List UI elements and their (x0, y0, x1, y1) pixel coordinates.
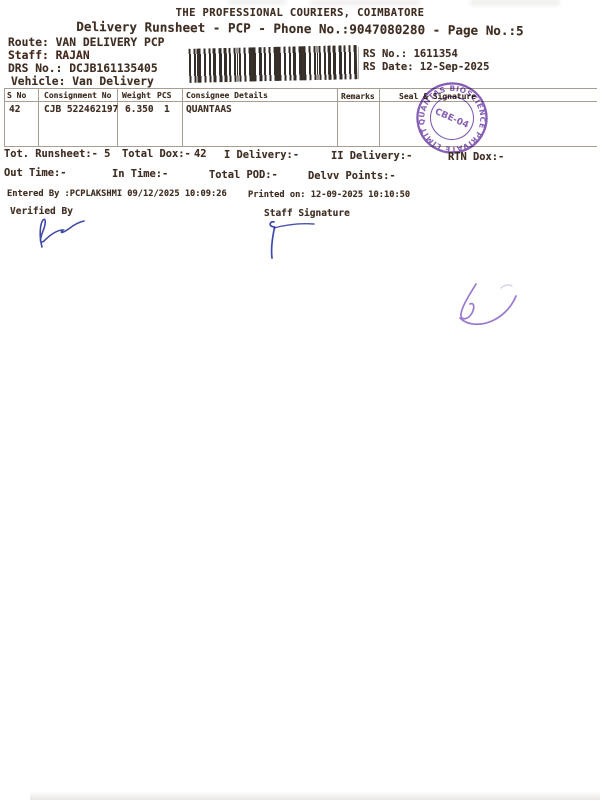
table-border-header (4, 101, 597, 102)
table-border-bottom (4, 146, 597, 147)
out-time: Out Time:- (4, 167, 67, 179)
table-column-line (117, 88, 118, 146)
stamp-center-text: CBE-04 (433, 107, 470, 131)
scan-artifact (310, 0, 420, 5)
total-runsheet: Tot. Runsheet:- 5 (4, 148, 110, 160)
total-dox-label: Total Dox:- (122, 148, 191, 160)
page-title: THE PROFESSIONAL COURIERS, COIMBATORE (0, 7, 600, 19)
verified-by-signature (30, 214, 90, 254)
vehicle-field: Vehicle: Van Delivery (11, 75, 154, 88)
staff-field: Staff: RAJAN (8, 49, 90, 62)
route-field: Route: VAN DELIVERY PCP (8, 36, 164, 49)
row-pcs: 1 (164, 104, 170, 115)
col-header-consignee: Consignee Details (186, 91, 268, 100)
total-dox-value: 42 (194, 148, 207, 160)
scanned-delivery-runsheet: THE PROFESSIONAL COURIERS, COIMBATORE De… (0, 0, 600, 800)
table-column-line (182, 88, 183, 146)
divider-line (358, 47, 359, 79)
drs-no-field: DRS No.: DCJB161135405 (8, 62, 158, 75)
runsheet-barcode (189, 45, 358, 83)
scan-edge-shadow (30, 791, 600, 800)
col-header-consignment: Consignment No (44, 91, 111, 100)
row-consignee: QUANTAAS (186, 104, 232, 115)
row-weight: 6.350 (125, 104, 154, 115)
staff-signature-mark (240, 216, 320, 264)
table-border-top (4, 88, 597, 89)
scan-artifact (470, 0, 560, 5)
row-sno: 42 (9, 104, 20, 115)
printed-on: Printed on: 12-09-2025 10:10:50 (248, 190, 410, 200)
table-column-line (379, 88, 380, 146)
i-delivery: I Delivery:- (224, 149, 299, 161)
rs-no-field: RS No.: 1611354 (363, 48, 458, 60)
consignee-signature (446, 276, 526, 338)
table-border-left (4, 88, 5, 146)
col-header-pcs: PCS (157, 91, 171, 100)
col-header-weight: Weight (122, 91, 151, 100)
col-header-sno: S No (7, 91, 26, 100)
ii-delivery: II Delivery:- (331, 150, 412, 162)
table-column-line (38, 88, 39, 146)
delvv-points: Delvv Points:- (308, 170, 396, 182)
scan-artifact (228, 0, 286, 4)
entered-by: Entered By :PCPLAKSHMI 09/12/2025 10:09:… (7, 189, 227, 199)
row-consignment-no: CJB 522462197 (44, 104, 118, 115)
rtn-dox: RTN Dox:- (448, 151, 504, 163)
table-column-line (337, 88, 338, 146)
total-pod: Total POD:- (209, 169, 278, 181)
in-time: In Time:- (112, 168, 168, 180)
col-header-remarks: Remarks (341, 92, 375, 101)
